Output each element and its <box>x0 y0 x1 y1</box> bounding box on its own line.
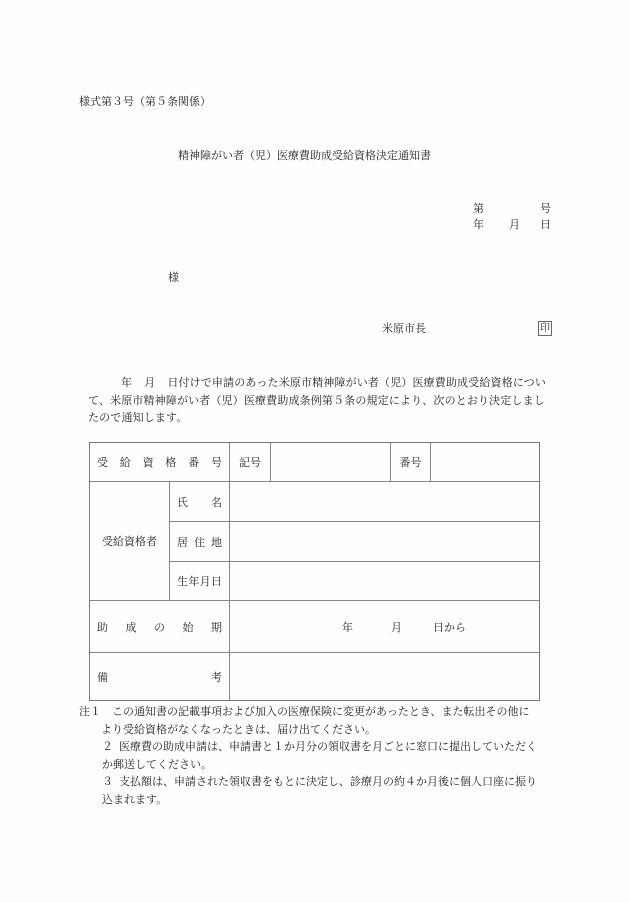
name-field[interactable] <box>230 482 539 521</box>
start-date-label: 助 成 の 始 期 <box>90 601 229 652</box>
start-day: 日から <box>433 619 466 635</box>
number-label: 番号 <box>391 443 430 481</box>
label-char: 日 <box>211 573 222 589</box>
seal-mark: 印 <box>538 321 552 336</box>
note-text: か郵送してください。 <box>79 756 559 774</box>
remarks-label: 備 考 <box>90 653 229 700</box>
start-year: 年 <box>342 619 353 635</box>
label-char: 給 <box>120 454 131 470</box>
note-number: ２ <box>79 738 119 756</box>
label-char: 住 <box>194 534 205 550</box>
body-year: 年 <box>121 376 132 389</box>
start-month: 月 <box>391 619 402 635</box>
addressee: 様 <box>168 271 179 285</box>
note-text: 込まれます。 <box>79 791 559 809</box>
issue-date-month: 月 <box>509 218 520 232</box>
label-char: 生 <box>177 573 188 589</box>
label-char: 月 <box>200 573 211 589</box>
qualification-table: 受 給 資 格 番 号 記号 番号 受給資格者 氏 名 居 住 地 生 年 月 … <box>89 442 540 701</box>
issue-date-year: 年 <box>473 218 484 232</box>
label-char: 資 <box>143 454 154 470</box>
label-char: 格 <box>165 454 176 470</box>
symbol-label: 記号 <box>230 443 270 481</box>
body-text: 日付けで申請のあった米原市精神障がい者（児）医療費助成受給資格について、米原市精… <box>88 376 546 424</box>
issue-date-day: 日 <box>540 218 551 232</box>
note-text: 支払額は、申請された領収書をもとに決定し、診療月の約４か月後に個人口座に振り <box>119 775 537 788</box>
note-text: 医療費の助成申請は、申請書と１か月分の領収書を月ごとに窓口に提出していただく <box>119 740 537 753</box>
label-char: 居 <box>177 534 188 550</box>
label-char: 氏 <box>177 494 188 510</box>
label-char: 備 <box>97 669 108 685</box>
note-2: ２医療費の助成申請は、申請書と１か月分の領収書を月ごとに窓口に提出していただく … <box>79 738 559 773</box>
remarks-field[interactable] <box>230 653 539 700</box>
label-char: 受 <box>97 454 108 470</box>
address-field[interactable] <box>230 522 539 561</box>
note-number: ３ <box>79 773 119 791</box>
label-char: 成 <box>126 619 137 635</box>
label-char: 地 <box>211 534 222 550</box>
name-label: 氏 名 <box>170 482 229 521</box>
birthdate-field[interactable] <box>230 562 539 600</box>
number-field[interactable] <box>431 443 539 481</box>
form-number: 様式第３号（第５条関係） <box>79 95 211 109</box>
label-char: 期 <box>211 619 222 635</box>
label-char: 名 <box>211 494 222 510</box>
note-1: 注１この通知書の記載事項および加入の医療保険に変更があったとき、また転出その他に… <box>79 703 559 738</box>
ref-no-prefix: 第 <box>473 202 484 216</box>
label-char: 年 <box>188 573 199 589</box>
note-3: ３支払額は、申請された領収書をもとに決定し、診療月の約４か月後に個人口座に振り … <box>79 773 559 808</box>
document-title: 精神障がい者（児）医療費助成受給資格決定通知書 <box>178 149 431 163</box>
label-char: 号 <box>211 454 222 470</box>
note-number: 注１ <box>79 703 112 721</box>
note-text: より受給資格がなくなったときは、届け出てください。 <box>79 721 559 739</box>
recipient-label: 受給資格者 <box>90 482 169 600</box>
start-date-field[interactable]: 年 月 日から <box>230 601 539 652</box>
label-char: の <box>154 619 165 635</box>
label-char: 助 <box>97 619 108 635</box>
id-number-label: 受 給 資 格 番 号 <box>90 443 229 481</box>
issuer: 米原市長 <box>382 322 426 336</box>
body-month: 月 <box>144 376 155 389</box>
ref-no-suffix: 号 <box>540 202 551 216</box>
note-text: この通知書の記載事項および加入の医療保険に変更があったとき、また転出その他に <box>112 705 529 718</box>
notice-body: 年月日付けで申請のあった米原市精神障がい者（児）医療費助成受給資格について、米原… <box>88 374 552 427</box>
label-char: 始 <box>183 619 194 635</box>
label-char: 番 <box>188 454 199 470</box>
symbol-field[interactable] <box>271 443 390 481</box>
address-label: 居 住 地 <box>170 522 229 561</box>
birthdate-label: 生 年 月 日 <box>170 562 229 600</box>
label-char: 考 <box>211 669 222 685</box>
notes: 注１この通知書の記載事項および加入の医療保険に変更があったとき、また転出その他に… <box>79 703 559 808</box>
